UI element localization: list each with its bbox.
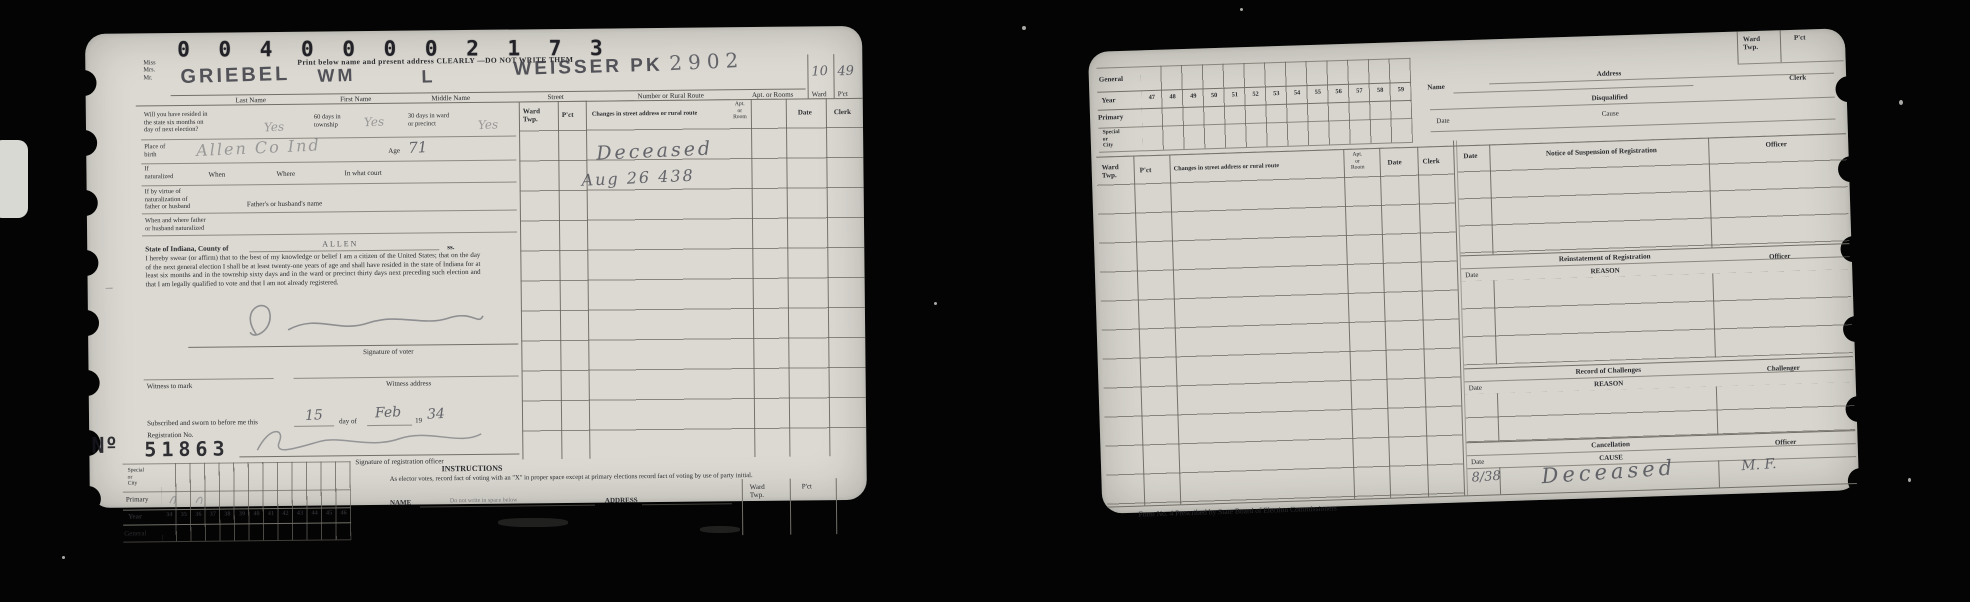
punch-hole	[1835, 76, 1862, 103]
year-cell: 56	[1328, 88, 1349, 96]
year-cell: 40	[249, 510, 264, 518]
punch-hole	[75, 486, 101, 512]
challenges-date-header: Date	[1469, 384, 1482, 393]
age-label: Age	[388, 147, 400, 155]
father-naturalization-label: If by virtue of naturalization of father…	[145, 188, 191, 211]
changes-table-grid	[1096, 146, 1464, 507]
address-label: Address	[1569, 68, 1649, 79]
punch-hole	[1845, 396, 1872, 423]
instructions-pct-label: P'ct	[802, 482, 812, 490]
year-cell: 35	[177, 511, 192, 519]
instructions-name-label: NAME	[390, 499, 411, 507]
registration-card-back: General Year Primary Special or City 47 …	[1088, 28, 1859, 514]
year-cell: 48	[1162, 93, 1183, 101]
house-number-value: 2902	[669, 48, 745, 75]
rule	[123, 539, 351, 542]
pct-label: P'ct	[1794, 33, 1806, 42]
changes-entry-line1: Deceased	[596, 137, 714, 164]
vote-grid-year-label: Year	[128, 512, 142, 520]
vote-grid-general-label: General	[124, 529, 146, 537]
year-cell: 54	[1287, 89, 1308, 97]
instructions-ward-label: Ward Twp.	[750, 483, 765, 500]
naturalized-label: If naturalized	[144, 165, 173, 181]
year-grid-year-label: Year	[1101, 96, 1115, 105]
ward-twp-box-line	[742, 479, 744, 535]
punch-hole	[1847, 468, 1874, 495]
rule	[1431, 119, 1836, 133]
instructions-title: INSTRUCTIONS	[442, 464, 503, 474]
year-cell: 46	[336, 509, 351, 517]
suspension-date-header: Date	[1463, 152, 1477, 161]
year-grid-primary-label: Primary	[1098, 113, 1124, 122]
instructions-note: Do not write in space below	[450, 497, 518, 505]
year-cell: 42	[278, 510, 293, 518]
rule	[144, 378, 274, 380]
ward-box-line	[833, 54, 834, 98]
rule	[142, 209, 517, 214]
age-value: 71	[408, 138, 428, 157]
disqualified-clerk-label: Clerk	[1789, 73, 1806, 82]
affidavit-body: I hereby swear (or affirm) that to the b…	[145, 252, 480, 290]
pct-value: 49	[837, 64, 854, 80]
rule	[1738, 60, 1844, 64]
film-speck	[1240, 8, 1243, 11]
sworn-day-value: 15	[305, 407, 324, 424]
punch-hole	[71, 130, 97, 156]
year-cell: 34	[162, 511, 177, 519]
rule	[1098, 118, 1412, 129]
witness-address-label: Witness address	[339, 379, 479, 389]
film-speck	[1908, 478, 1911, 482]
father-when-label: When and where father or husband natural…	[145, 217, 206, 233]
cancellation-col-line	[1718, 460, 1720, 487]
year-cell: 36	[191, 511, 206, 519]
year-cell: 44	[307, 510, 322, 518]
punch-hole	[1840, 236, 1867, 263]
table-changes-header: Changes in street address or rural route	[1174, 162, 1280, 173]
year-grid-general-label: General	[1099, 75, 1123, 84]
film-smudge	[700, 526, 740, 533]
section-divider	[1453, 141, 1465, 496]
changes-apt-header: Apt. or Room	[724, 101, 756, 121]
table-pct-header: P'ct	[1140, 166, 1152, 175]
registration-no-value: 51863	[144, 437, 229, 462]
microfilm-scan: 0 0 4 0 0 0 0 2 1 7 3 Print below name a…	[0, 0, 1970, 602]
residency-township-answer: Yes	[364, 115, 385, 130]
changes-clerk-header: Clerk	[834, 108, 851, 116]
punch-hole	[74, 370, 100, 396]
punch-hole	[1838, 156, 1865, 183]
instructions-address-label: ADDRESS	[605, 496, 638, 505]
ward-value: 10	[811, 64, 828, 80]
table-apt-header: Apt. or Room	[1342, 151, 1373, 172]
punch-hole	[73, 310, 99, 336]
father-name-label: Father's or husband's name	[247, 200, 323, 209]
ward-box-line	[1737, 32, 1739, 64]
ward-twp-label: Ward Twp.	[1743, 35, 1761, 52]
film-speck	[934, 302, 937, 305]
rule	[142, 181, 517, 186]
vote-grid-year-row: 34 35 36 37 38 39 40 41 42 43 44 45 46	[162, 509, 351, 518]
voter-signature-scribble	[228, 292, 489, 347]
changes-date-header: Date	[798, 108, 812, 116]
cancellation-date-header: Date	[1471, 458, 1484, 467]
residency-state-answer: Yes	[264, 120, 285, 135]
rule	[141, 159, 516, 164]
affidavit-ss: ss.	[447, 243, 454, 251]
challenges-grid	[1465, 382, 1855, 442]
table-date-header: Date	[1387, 158, 1401, 167]
middle-name-value: L	[421, 66, 436, 87]
residency-township-question: 60 days in township	[314, 113, 341, 129]
changes-header: Changes in street address or rural route	[592, 110, 697, 118]
rule	[1096, 58, 1410, 69]
naturalized-where-label: Where	[276, 170, 295, 178]
rule	[1489, 73, 1834, 85]
last-name-value: GRIEBEL	[180, 63, 291, 89]
year-cell: 50	[1204, 92, 1225, 100]
changes-entry-line2: Aug 26 438	[581, 166, 695, 190]
year-cell: 38	[220, 510, 235, 518]
rule	[642, 503, 732, 505]
voter-signature-label: Signature of voter	[318, 347, 458, 357]
rule	[123, 522, 351, 525]
film-smudge	[498, 518, 568, 527]
naturalized-when-label: When	[208, 171, 225, 179]
film-speck	[62, 556, 65, 559]
suspension-officer-header: Officer	[1731, 139, 1821, 150]
rule	[294, 375, 519, 378]
punch-hole	[72, 250, 98, 276]
sworn-year-value: 34	[427, 406, 446, 423]
primary-row-marks	[166, 491, 226, 508]
cancellation-entry-officer: M. F.	[1741, 456, 1777, 474]
year-cell: 52	[1245, 90, 1266, 98]
first-name-value: WM	[317, 65, 356, 87]
margin-dash: —	[106, 284, 113, 292]
year-cell: 45	[322, 509, 337, 517]
rule	[142, 231, 517, 236]
year-cell: 55	[1307, 88, 1328, 96]
ward-box-line	[807, 54, 808, 98]
residency-ward-question: 30 days in ward or precinct	[408, 112, 450, 128]
sworn-lead: Subscribed and sworn to before me this	[147, 418, 258, 427]
rule	[420, 505, 595, 508]
sworn-month-value: Feb	[375, 404, 402, 421]
table-clerk-header: Clerk	[1422, 157, 1439, 166]
ward-twp-box-line	[836, 478, 838, 534]
year-cell: 37	[206, 511, 221, 519]
changes-pct-header: P'ct	[562, 111, 574, 119]
disqualified-cause-label: Cause	[1550, 108, 1670, 120]
ward-box-line	[1780, 30, 1782, 62]
affidavit-lead: State of Indiana, County of	[145, 245, 228, 254]
vote-grid-special-label: Special or City	[128, 467, 145, 487]
punch-hole	[72, 190, 98, 216]
reinstatement-grid	[1461, 269, 1852, 365]
affidavit-county-value: ALLEN	[322, 239, 358, 249]
table-left-border	[519, 101, 524, 459]
film-speck	[1022, 26, 1026, 30]
naturalized-court-label: In what court	[344, 169, 381, 178]
reinstatement-date-header: Date	[1465, 271, 1478, 280]
vote-grid-primary-label: Primary	[126, 495, 149, 503]
ward-twp-box-line	[790, 479, 792, 535]
form-footer: Form No. 4 Prescribed by State Board of …	[1138, 504, 1336, 519]
punch-hole	[70, 70, 96, 96]
film-artifact	[0, 140, 28, 218]
street-value: WEISSER PK	[513, 55, 663, 81]
changes-ward-header: Ward Twp.	[523, 107, 540, 124]
residency-state-question: Will you have resided in the state six m…	[144, 110, 274, 134]
birthplace-label: Place of birth	[144, 143, 165, 159]
year-cell: 39	[235, 510, 250, 518]
table-ward-header: Ward Twp.	[1102, 163, 1120, 180]
year-cell: 41	[264, 510, 279, 518]
table-bottom-rule	[1107, 483, 1857, 508]
year-cell: 58	[1370, 87, 1391, 95]
year-cell: 53	[1266, 90, 1287, 98]
rule	[141, 135, 516, 140]
witness-mark-label: Witness to mark	[147, 382, 193, 391]
title-prefix: Miss Mrs. Mr.	[143, 59, 155, 81]
residency-ward-answer: Yes	[478, 117, 499, 132]
rule	[123, 489, 351, 492]
cancellation-entry-date: 8/38	[1471, 469, 1501, 486]
film-speck	[1899, 100, 1903, 105]
registrar-signature-scribble	[249, 422, 489, 459]
suspension-title: Notice of Suspension of Registration	[1501, 145, 1701, 160]
year-cell: 57	[1349, 87, 1370, 95]
name-label: Name	[1427, 83, 1445, 92]
year-cell: 49	[1183, 92, 1204, 100]
year-cell: 43	[293, 510, 308, 518]
year-cell: 59	[1390, 86, 1411, 94]
registration-no-prefix: Nº	[91, 434, 118, 459]
year-cell: 51	[1224, 91, 1245, 99]
year-cell: 47	[1141, 94, 1162, 102]
year-grid-special-label: Special or City	[1102, 129, 1120, 149]
registration-card-front: 0 0 4 0 0 0 0 2 1 7 3 Print below name a…	[85, 26, 867, 508]
disqualified-date-label: Date	[1436, 117, 1449, 126]
punch-hole	[1843, 316, 1870, 343]
